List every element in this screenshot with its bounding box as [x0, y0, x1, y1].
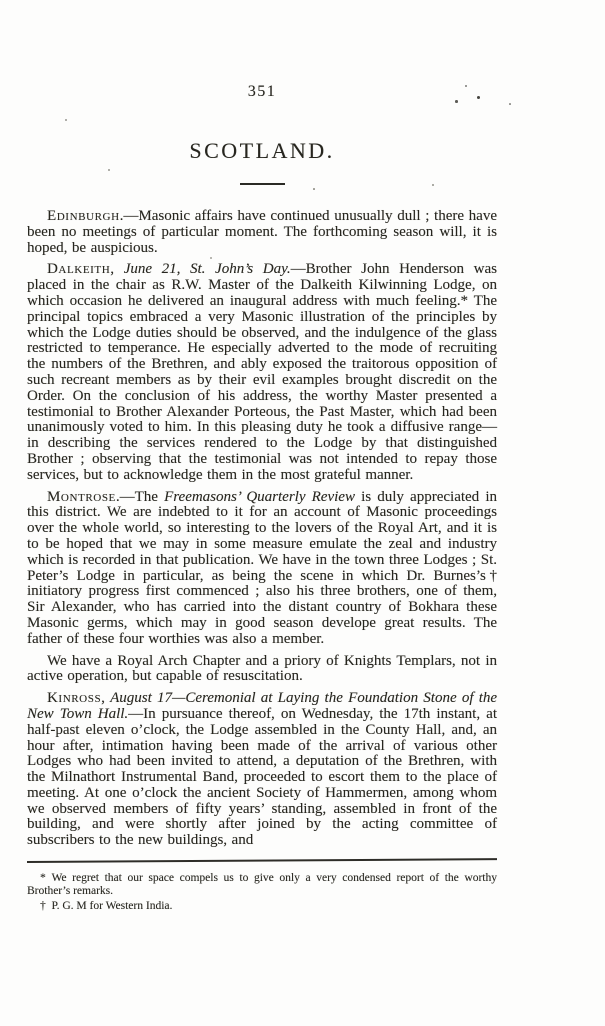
publication-title-italic: Freemasons’ Quarterly Review [164, 489, 355, 505]
article-kinross: Kinross, August 17—Ceremonial at Laying … [27, 691, 497, 849]
article-body-royal-arch: We have a Royal Arch Chapter and a prior… [27, 653, 497, 685]
article-sep-kinross: , [101, 690, 110, 706]
article-edinburgh: Edinburgh.—Masonic affairs have continue… [27, 209, 497, 256]
article-montrose: Montrose.—The Freemasons’ Quarterly Revi… [27, 490, 497, 648]
article-lead-kinross: Kinross [47, 690, 101, 706]
footnote-asterisk: * We regret that our space compels us to… [27, 872, 497, 898]
page-number: 351 [27, 83, 497, 100]
footnote-divider [27, 858, 497, 863]
title-divider [240, 183, 285, 185]
article-sep-dalkeith: , [110, 261, 123, 277]
scanned-page: 351 SCOTLAND. Edinburgh.—Masonic affairs… [0, 0, 605, 1026]
article-body-kinross: —In pursuance thereof, on Wednesday, the… [27, 706, 497, 848]
article-sep-montrose: .—The [116, 489, 164, 505]
footnote-dagger: † P. G. M for Western India. [27, 900, 497, 913]
article-dateline-dalkeith: June 21, St. John’s Day. [124, 261, 291, 277]
article-lead-montrose: Montrose [47, 489, 116, 505]
scan-speckle [509, 103, 511, 105]
article-body-dalkeith: —Brother John Henderson was placed in th… [27, 261, 497, 482]
article-lead-edinburgh: Edinburgh [47, 208, 120, 224]
article-lead-dalkeith: Dalkeith [47, 261, 110, 277]
article-royal-arch: We have a Royal Arch Chapter and a prior… [27, 654, 497, 686]
section-title: SCOTLAND. [27, 139, 497, 162]
article-dalkeith: Dalkeith, June 21, St. John’s Day.—Broth… [27, 262, 497, 483]
text-column: 351 SCOTLAND. Edinburgh.—Masonic affairs… [27, 0, 497, 914]
article-body-montrose: is duly appreciated in this district. We… [27, 489, 497, 647]
